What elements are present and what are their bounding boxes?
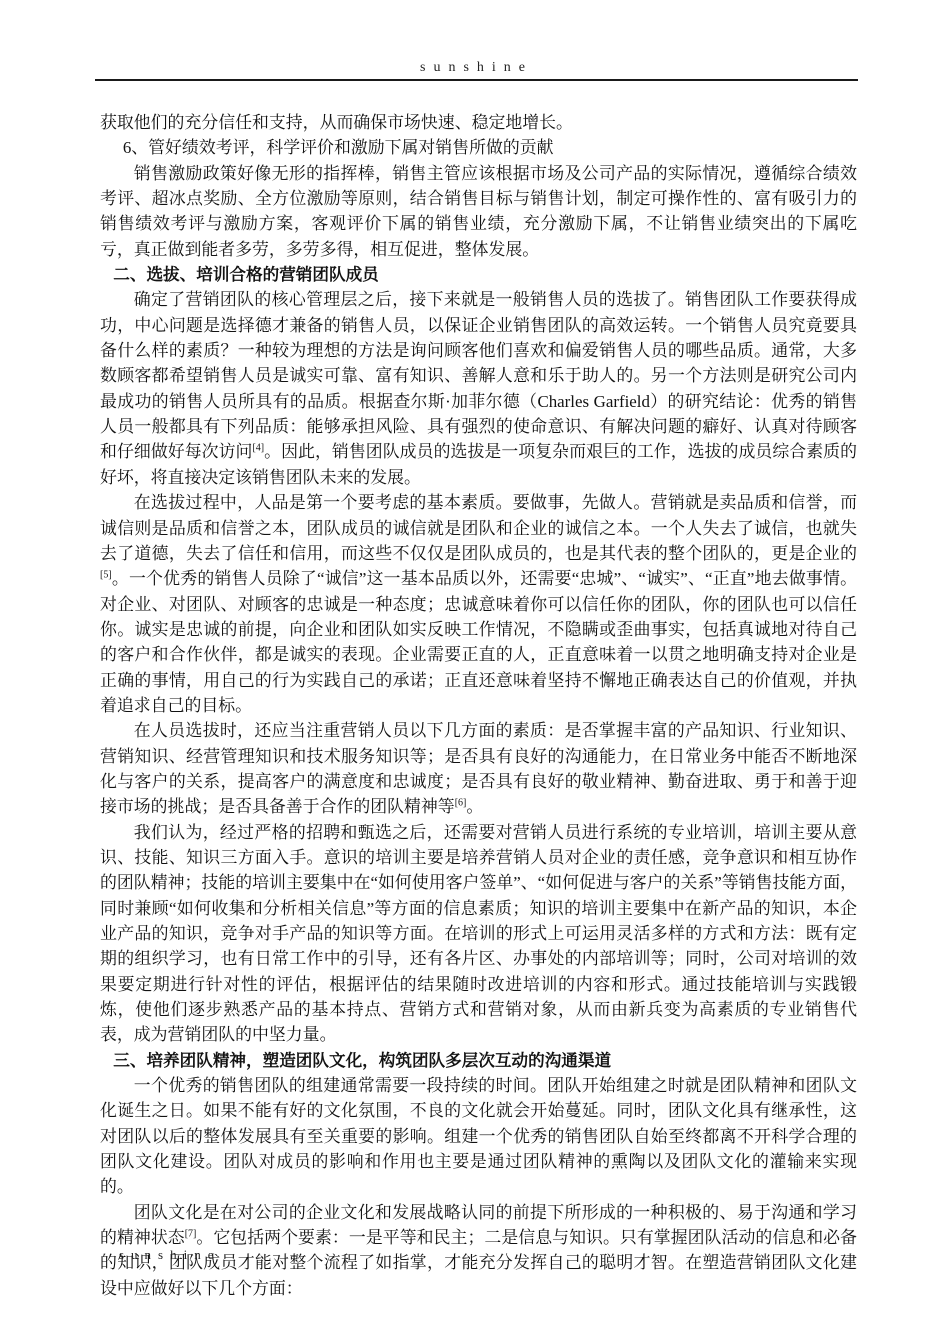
paragraph-text: 在选拔过程中，人品是第一个要考虑的基本素质。要做事，先做人。营销就是卖品质和信誉… (100, 493, 857, 563)
paragraph-incentive-policy: 销售激励政策好像无形的指挥棒，销售主管应该根据市场及公司产品的实际情况，遵循综合… (100, 161, 857, 262)
paragraph-continuation: 获取他们的充分信任和支持，从而确保市场快速、稳定地增长。 (100, 110, 857, 135)
footer-title: sunshine (119, 1247, 221, 1262)
paragraph-culture-intro: 一个优秀的销售团队的组建通常需要一段持续的时间。团队开始组建之时就是团队精神和团… (100, 1073, 857, 1200)
section-heading-3: 三、培养团队精神，塑造团队文化，构筑团队多层次互动的沟通渠道 (100, 1048, 857, 1073)
footnote-ref-7: [7] (185, 1229, 197, 1240)
section-heading-2: 二、选拔、培训合格的营销团队成员 (100, 262, 857, 287)
paragraph-training: 我们认为，经过严格的招聘和甄选之后，还需要对营销人员进行系统的专业培训，培训主要… (100, 820, 857, 1048)
page-header: sunshine (95, 58, 858, 81)
header-title: sunshine (420, 60, 533, 75)
document-body: 获取他们的充分信任和支持，从而确保市场快速、稳定地增长。 6、管好绩效考评，科学… (100, 110, 857, 1301)
footnote-ref-4: [4] (252, 443, 264, 454)
document-page: sunshine 获取他们的充分信任和支持，从而确保市场快速、稳定地增长。 6、… (0, 0, 950, 1344)
footnote-ref-6: [6] (455, 798, 467, 809)
paragraph-text: 确定了营销团队的核心管理层之后，接下来就是一般销售人员的选拔了。销售团队工作要获… (100, 290, 857, 461)
paragraph-qualities: 在人员选拔时，还应当注重营销人员以下几方面的素质：是否掌握丰富的产品知识、行业知… (100, 718, 857, 819)
paragraph-member-selection: 确定了营销团队的核心管理层之后，接下来就是一般销售人员的选拔了。销售团队工作要获… (100, 287, 857, 490)
paragraph-text: 。 (466, 797, 483, 816)
paragraph-text: 。一个优秀的销售人员除了“诚信”这一基本品质以外，还需要“忠城”、“诚实”、“正… (100, 569, 857, 715)
footnote-ref-5: [5] (100, 570, 112, 581)
page-footer: sunshine (119, 1246, 221, 1264)
paragraph-integrity: 在选拔过程中，人品是第一个要考虑的基本素质。要做事，先做人。营销就是卖品质和信誉… (100, 490, 857, 718)
subheading-item-6: 6、管好绩效考评，科学评价和激励下属对销售所做的贡献 (100, 135, 857, 160)
